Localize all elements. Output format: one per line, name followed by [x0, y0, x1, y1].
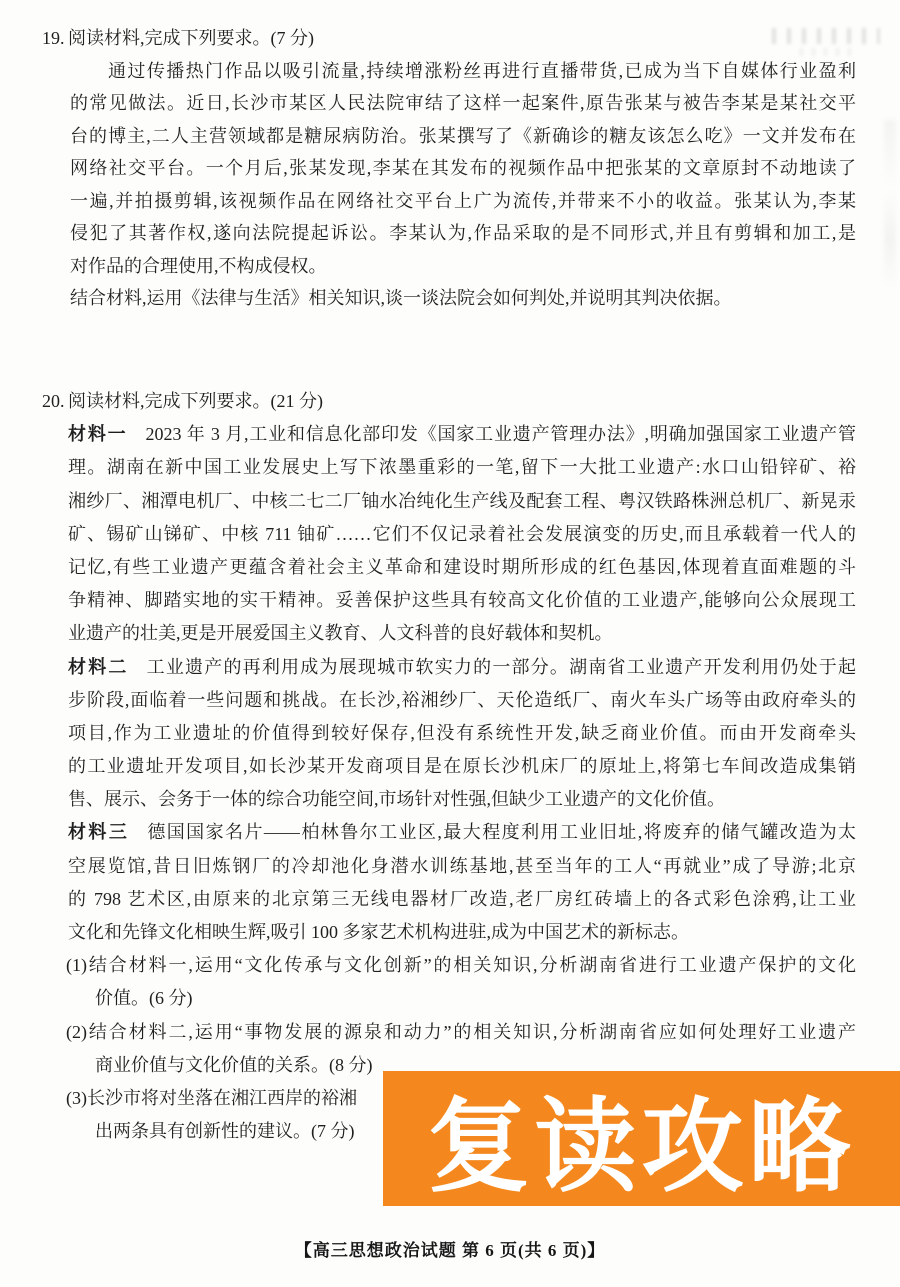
material-1-first-text: 2023 年 3 月,工业和信息化部印发《国家工业遗产管理办法》,明确加强国家工… [145, 424, 856, 444]
question-19-header-text: 阅读材料,完成下列要求。(7 分) [68, 22, 314, 55]
material-1-label: 材料一 [68, 424, 127, 444]
q19-paragraph-line: 侵犯了其著作权,遂向法院提起诉讼。李某认为,作品采取的是不同形式,并且有剪辑和加… [70, 217, 856, 250]
q19-paragraph-line: 台的博主,二人主营领域都是糖尿病防治。张某撰写了《新确诊的糖友该怎么吃》一文并发… [70, 120, 856, 153]
material-2-line: 步阶段,面临着一些问题和挑战。在长沙,裕湘纱厂、天伦造纸厂、南火车头广场等由政府… [68, 684, 856, 717]
material-2-line: 售、展示、会务于一体的综合功能空间,市场针对性强,但缺少工业遗产的文化价值。 [68, 783, 856, 816]
q19-paragraph-line: 通过传播热门作品以吸引流量,持续增涨粉丝再进行直播带货,已成为当下自媒体行业盈利 [70, 55, 856, 88]
question-19-header: 19. 阅读材料,完成下列要求。(7 分) [42, 22, 856, 55]
q19-paragraph-line: 对作品的合理使用,不构成侵权。 [70, 250, 856, 283]
material-2-line: 项目,作为工业遗址的价值得到较好保存,但没有系统性开发,缺乏商业价值。而由开发商… [68, 717, 856, 750]
watermark-text: 复读攻略 [428, 1071, 856, 1206]
page-footer: 【高三思想政治试题 第 6 页(共 6 页)】 [0, 1236, 900, 1262]
question-20-header: 20. 阅读材料,完成下列要求。(21 分) [42, 385, 856, 418]
material-2-first-line: 材料二工业遗产的再利用成为展现城市软实力的一部分。湖南省工业遗产开发利用仍处于起 [68, 651, 856, 684]
material-3-line: 空展览馆,昔日旧炼钢厂的冷却池化身潜水训练基地,甚至当年的工人“再就业”成了导游… [68, 850, 856, 883]
question-19: 19. 阅读材料,完成下列要求。(7 分) 通过传播热门作品以吸引流量,持续增涨… [42, 22, 856, 315]
material-3-line: 的 798 艺术区,由原来的北京第三无线电器材厂改造,老厂房红砖墙上的各式彩色涂… [68, 883, 856, 916]
subquestion-2-line: (2)结合材料二,运用“事物发展的源泉和动力”的相关知识,分析湖南省应如何处理好… [66, 1016, 856, 1049]
material-1-line: 矿、锡矿山锑矿、中核 711 铀矿……它们不仅记录着社会发展演变的历史,而且承载… [68, 518, 856, 551]
material-1-line: 业遗产的壮美,更是开展爱国主义教育、人文科普的良好载体和契机。 [68, 617, 856, 650]
subquestion-1-line: 价值。(6 分) [95, 982, 856, 1015]
material-1-line: 理。湖南在新中国工业发展史上写下浓墨重彩的一笔,留下一大批工业遗产:水口山铅锌矿… [68, 451, 856, 484]
material-3-line: 文化和先锋文化相映生辉,吸引 100 多家艺术机构进驻,成为中国艺术的新标志。 [68, 916, 856, 949]
material-2-label: 材料二 [68, 657, 129, 677]
material-2-first-text: 工业遗产的再利用成为展现城市软实力的一部分。湖南省工业遗产开发利用仍处于起 [147, 657, 856, 677]
scan-artifact [884, 120, 896, 290]
question-20-header-text: 阅读材料,完成下列要求。(21 分) [68, 385, 323, 418]
material-3-first-line: 材料三德国国家名片——柏林鲁尔工业区,最大程度利用工业旧址,将废弃的储气罐改造为… [68, 816, 856, 849]
q19-paragraph-line: 的常见做法。近日,长沙市某区人民法院审结了这样一起案件,原告张某与被告李某是某社… [70, 87, 856, 120]
question-19-number: 19. [42, 22, 68, 55]
material-1-line: 争精神、脚踏实地的实干精神。妥善保护这些具有较高文化价值的工业遗产,能够向公众展… [68, 584, 856, 617]
question-20-number: 20. [42, 385, 68, 418]
watermark-sticker: 复读攻略 [383, 1071, 900, 1206]
q19-paragraph-line: 一遍,并拍摄剪辑,该视频作品在网络社交平台上广为流传,并带来不小的收益。张某认为… [70, 185, 856, 218]
material-1-line: 记忆,有些工业遗产更蕴含着社会主义革命和建设时期所形成的红色基因,体现着直面难题… [68, 551, 856, 584]
material-1-first-line: 材料一2023 年 3 月,工业和信息化部印发《国家工业遗产管理办法》,明确加强… [68, 418, 856, 451]
material-3-label: 材料三 [68, 822, 129, 842]
question-20: 20. 阅读材料,完成下列要求。(21 分) 材料一2023 年 3 月,工业和… [42, 385, 856, 1148]
subquestion-1-line: (1)结合材料一,运用“文化传承与文化创新”的相关知识,分析湖南省进行工业遗产保… [66, 949, 856, 982]
material-2-line: 的工业遗址开发项目,如长沙某开发商项目是在原长沙机床厂的原址上,将第七车间改造成… [68, 750, 856, 783]
q19-paragraph-line: 网络社交平台。一个月后,张某发现,李某在其发布的视频作品中把张某的文章原封不动地… [70, 152, 856, 185]
material-3-first-text: 德国国家名片——柏林鲁尔工业区,最大程度利用工业旧址,将废弃的储气罐改造为太 [147, 822, 856, 842]
exam-page: { "page": { "footer": "【高三思想政治试题 第 6 页(共… [0, 0, 900, 1287]
material-1-line: 湘纱厂、湘潭电机厂、中核二七二厂铀水冶纯化生产线及配套工程、粤汉铁路株洲总机厂、… [68, 485, 856, 518]
q19-task-line: 结合材料,运用《法律与生活》相关知识,谈一谈法院会如何判处,并说明其判决依据。 [70, 282, 856, 315]
